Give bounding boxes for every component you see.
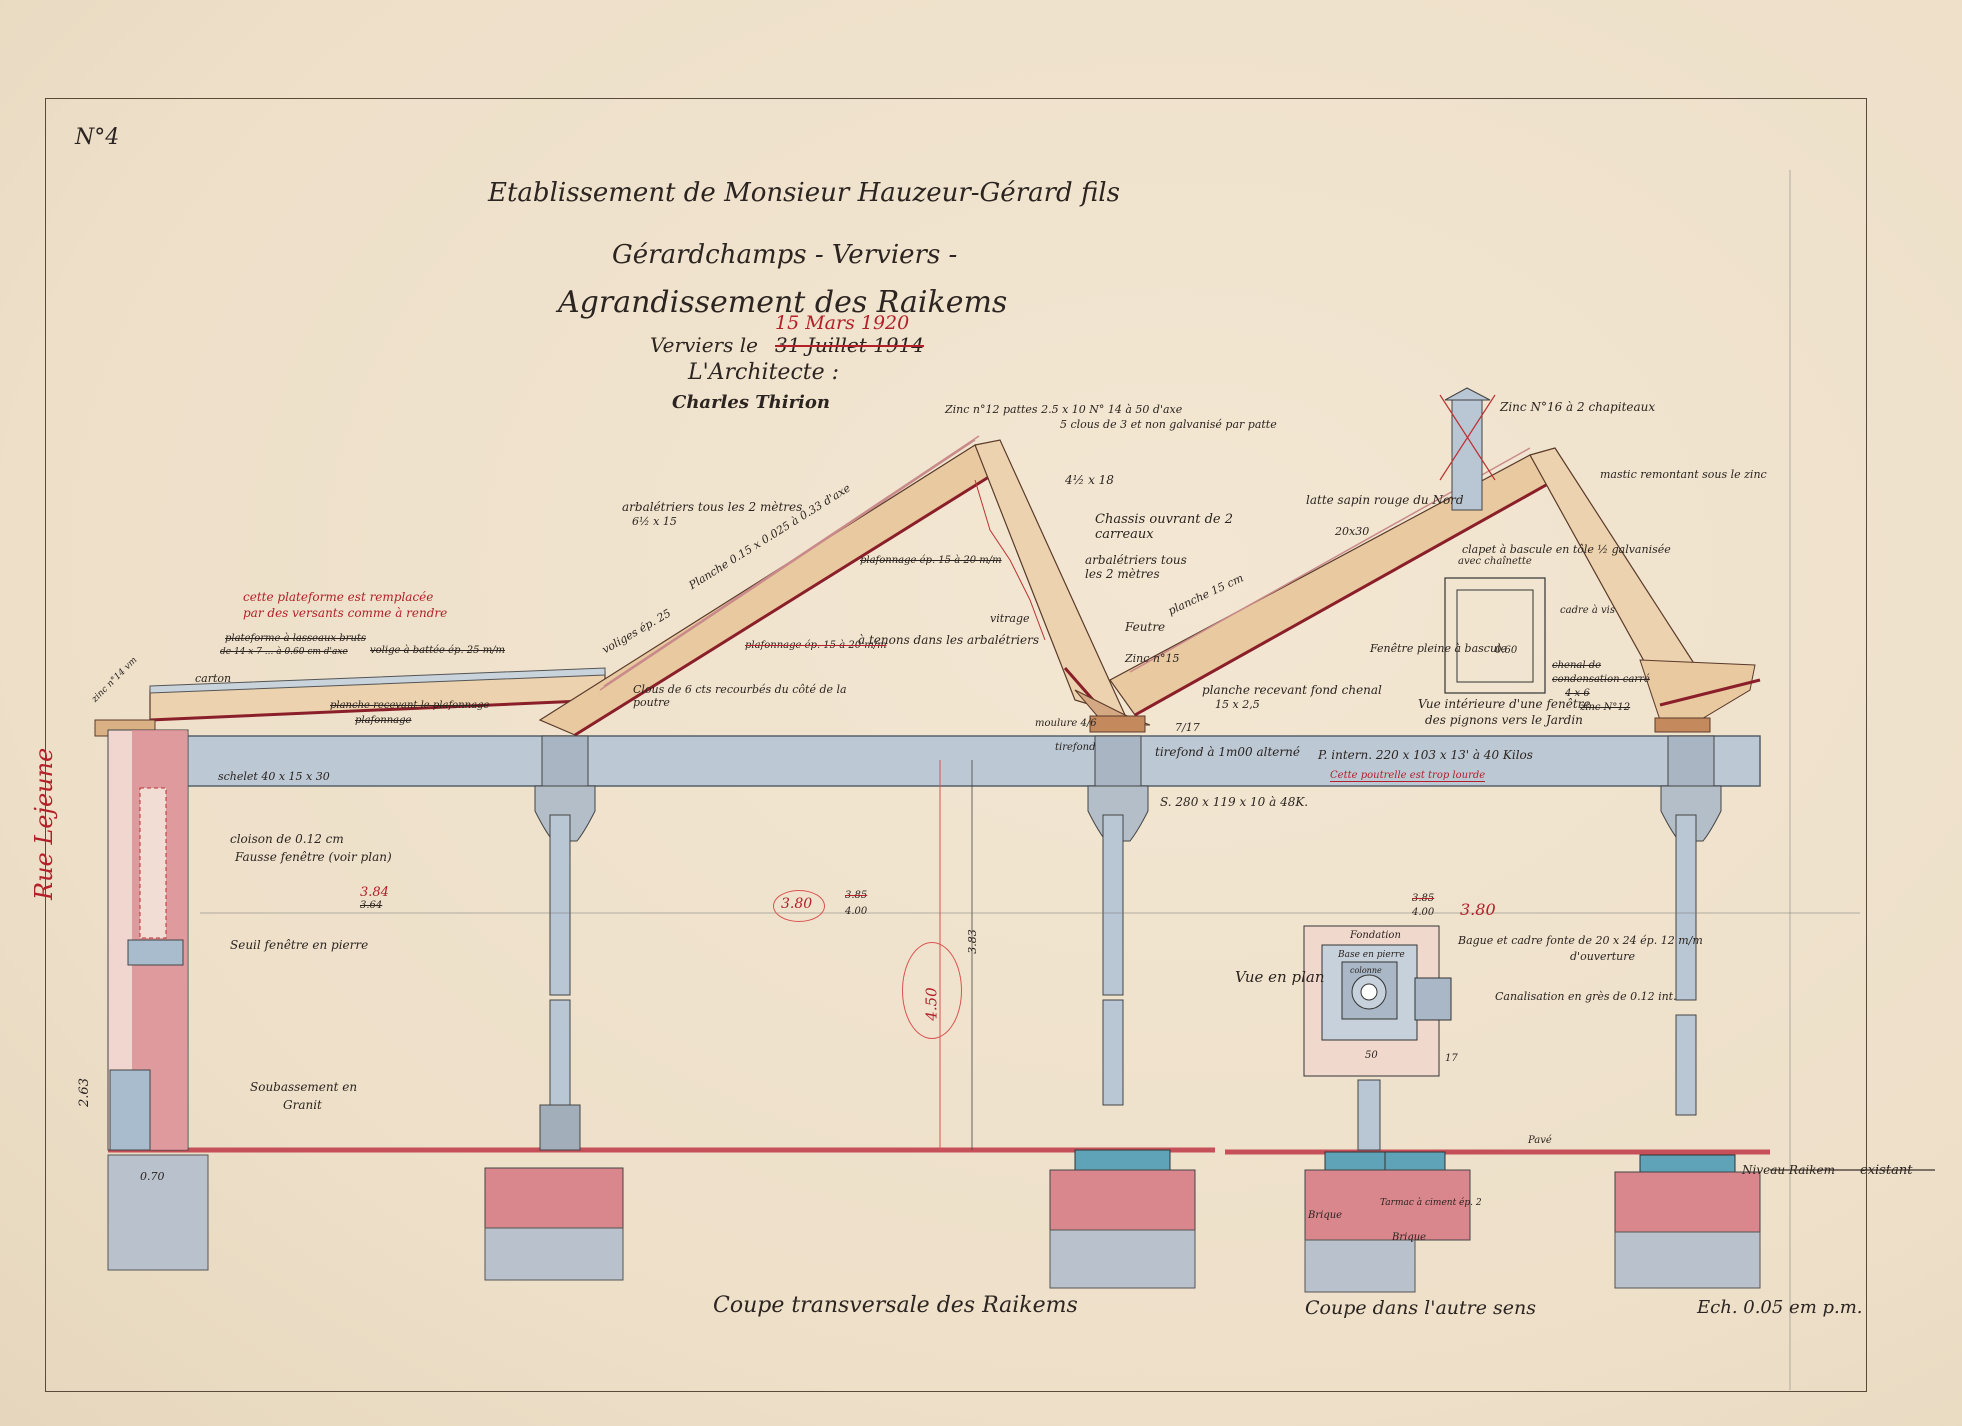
note-poutre: P. intern. 220 x 103 x 13' à 40 Kilos xyxy=(1318,748,1533,762)
date-struck: 31 Juillet 1914 xyxy=(775,333,924,357)
window-detail xyxy=(1445,578,1545,693)
note-zinc-chapiteaux: Zinc N°16 à 2 chapiteaux xyxy=(1500,400,1655,414)
note-sabot: S. 280 x 119 x 10 à 48K. xyxy=(1160,795,1308,809)
dim-717: 7/17 xyxy=(1175,721,1200,734)
sheet-number: N°4 xyxy=(75,125,119,150)
note-plafonnage-struck-1: plafonnage ép. 15 à 20 m/m xyxy=(860,555,1002,566)
red-note-poutrelle: Cette poutrelle est trop lourde xyxy=(1330,770,1485,782)
struck-plateforme: plateforme à lasseaux bruts xyxy=(225,633,366,644)
note-clapet: clapet à bascule en tôle ½ galvanisée xyxy=(1462,543,1671,556)
date-prefix: Verviers le xyxy=(650,333,758,357)
scale-label: Ech. 0.05 em p.m. xyxy=(1697,1297,1863,1318)
title-line-1: Etablissement de Monsieur Hauzeur-Gérard… xyxy=(488,178,1120,208)
plan-ouverture: d'ouverture xyxy=(1570,950,1635,963)
note-zinc-15: Zinc n°15 xyxy=(1125,652,1179,665)
note-vitrage: vitrage xyxy=(990,612,1030,625)
struck-voliges: volige à battée ép. 25 m/m xyxy=(370,645,505,656)
note-feutre: Feutre xyxy=(1125,620,1165,634)
note-seuil: Seuil fenêtre en pierre xyxy=(230,938,368,952)
note-carton: carton xyxy=(195,672,231,685)
plan-base: Base en pierre xyxy=(1338,950,1405,960)
dim-fenetre-w: 0.60 xyxy=(1495,645,1517,656)
plan-dim-17: 17 xyxy=(1445,1053,1458,1064)
note-vue-interieure: Vue intérieure d'une fenêtre xyxy=(1418,697,1590,711)
note-brique-2: Brique xyxy=(1392,1232,1426,1243)
struck-dims: de 14 x 7 ... à 0.60 cm d'axe xyxy=(220,647,348,657)
note-existant: existant xyxy=(1860,1163,1912,1178)
height-384: 3.84 xyxy=(360,885,389,900)
note-cloison: cloison de 0.12 cm xyxy=(230,832,344,846)
note-chassis: Chassis ouvrant de 2 carreaux xyxy=(1095,512,1265,542)
note-pignons: des pignons vers le Jardin xyxy=(1425,713,1583,727)
struck-zinc-12: zinc N°12 xyxy=(1580,702,1630,713)
note-schelet: schelet 40 x 15 x 30 xyxy=(218,770,330,783)
height-right-400: 4.00 xyxy=(1412,907,1434,918)
note-arbaletriers: arbalétriers tous les 2 mètres xyxy=(622,500,802,514)
plan-canalisation: Canalisation en grès de 0.12 int. xyxy=(1495,990,1677,1003)
note-chainette: avec chaînette xyxy=(1458,556,1532,567)
street-name: Rue Lejeune xyxy=(30,748,58,900)
architectural-drawing xyxy=(0,0,1962,1426)
plan-view-title: Vue en plan xyxy=(1235,968,1325,986)
dim-263: 2.63 xyxy=(77,1078,92,1107)
note-tirefond-alterne: tirefond à 1m00 alterné xyxy=(1155,745,1300,759)
note-clous-recourbes: Clous de 6 cts recourbés du côté de la p… xyxy=(633,683,863,709)
note-granit: Granit xyxy=(283,1098,322,1112)
height-450-circled: 4.50 xyxy=(923,987,941,1020)
section-title-main: Coupe transversale des Raikems xyxy=(713,1293,1078,1318)
note-soubassement: Soubassement en xyxy=(250,1080,357,1094)
height-385-struck: 3.85 xyxy=(845,890,867,901)
dim-planche: 15 x 2,5 xyxy=(1215,698,1260,711)
dim-070: 0.70 xyxy=(140,1170,165,1183)
plan-dim-50: 50 xyxy=(1365,1050,1378,1061)
section-title-other: Coupe dans l'autre sens xyxy=(1305,1297,1536,1319)
note-mastic: mastic remontant sous le zinc xyxy=(1600,468,1767,481)
note-pave: Pavé xyxy=(1528,1135,1552,1146)
note-cadre: cadre à vis xyxy=(1560,605,1615,616)
architect-signature: Charles Thirion xyxy=(672,392,830,413)
note-latte: latte sapin rouge du Nord xyxy=(1306,493,1464,507)
title-line-2: Gérardchamps - Verviers - xyxy=(612,240,957,270)
architect-label: L'Architecte : xyxy=(688,360,839,385)
struck-chenal-2: condensation carré xyxy=(1552,674,1650,685)
red-note-plateforme-2: par des versants comme à rendre xyxy=(243,606,447,620)
height-380-circled: 3.80 xyxy=(781,896,812,912)
struck-planche: planche recevant le plafonnage xyxy=(330,700,489,711)
plan-colonne: colonne xyxy=(1350,966,1382,975)
struck-plafonnage: plafonnage xyxy=(355,715,411,726)
note-moulure: moulure 4/6 xyxy=(1035,718,1097,729)
height-right-380: 3.80 xyxy=(1460,900,1496,919)
note-arbaletriers-right: arbalétriers tous les 2 mètres xyxy=(1085,553,1205,581)
note-niveau: Niveau Raikem xyxy=(1742,1163,1835,1177)
height-364-struck: 3.64 xyxy=(360,900,382,911)
note-fausse-fenetre: Fausse fenêtre (voir plan) xyxy=(235,850,392,864)
note-fenetre: Fenêtre pleine à bascule xyxy=(1370,642,1507,655)
plan-fondation: Fondation xyxy=(1350,930,1401,941)
note-tirefond: tirefond xyxy=(1055,742,1095,753)
note-zinc-pattes: Zinc n°12 pattes 2.5 x 10 N° 14 à 50 d'a… xyxy=(945,403,1182,416)
columns xyxy=(485,736,1760,1288)
dim-latte: 20x30 xyxy=(1335,525,1369,538)
dim-arbaletriers: 6½ x 15 xyxy=(632,515,677,528)
plan-bague: Bague et cadre fonte de 20 x 24 ép. 12 m… xyxy=(1458,934,1703,947)
red-note-plateforme-1: cette plateforme est remplacée xyxy=(243,590,433,604)
struck-chenal-3: 4 x 6 xyxy=(1565,688,1590,699)
height-right-385-struck: 3.85 xyxy=(1412,893,1434,904)
struck-chenal-1: chenal de xyxy=(1552,660,1601,671)
height-383: 3.83 xyxy=(966,929,979,954)
note-planche-recevant: planche recevant fond chenal xyxy=(1202,683,1382,697)
note-tarmac: Tarmac à ciment ép. 2 xyxy=(1380,1198,1482,1208)
dim-45x18: 4½ x 18 xyxy=(1065,473,1114,487)
height-400: 4.00 xyxy=(845,906,867,917)
section-other-direction xyxy=(1305,1080,1470,1292)
note-brique-1: Brique xyxy=(1308,1210,1342,1221)
rafter-right-down xyxy=(1530,448,1695,690)
note-clous: 5 clous de 3 et non galvanisé par patte xyxy=(1060,418,1277,431)
date-corrected: 15 Mars 1920 xyxy=(775,312,909,334)
note-tenons: à tenons dans les arbalétriers xyxy=(858,633,1039,647)
